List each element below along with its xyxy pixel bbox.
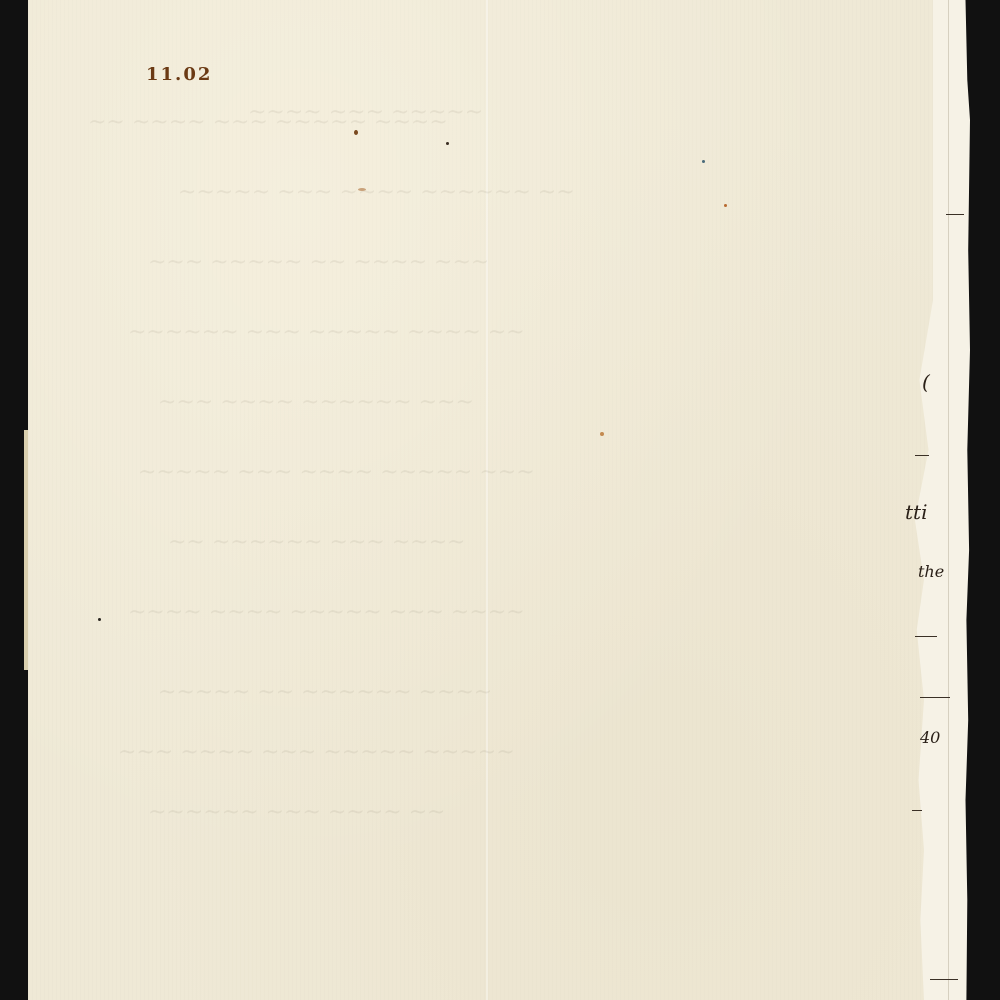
ink-speck [600,432,604,436]
marginal-inscription: 11.02 [146,64,212,85]
ink-speck [358,188,366,191]
underlying-text-fragment: the [918,562,944,581]
ink-speck [354,130,358,135]
underlying-text-fragment: ( [922,370,930,394]
bleed-through-text: ~~~~ ~~~ ~~~~~ [248,100,483,125]
bleed-through-text: ~~~ ~~~~ ~~~ ~~~~~ ~~~~~ [118,740,515,765]
left-paper-edge [24,430,28,670]
ink-speck [446,142,449,145]
manuscript-leaf: ~~ ~~~~ ~~~ ~~~~~ ~~~~ ~~~~ ~~~ ~~~~~ ~~… [28,0,933,1000]
ink-rule [946,214,964,215]
ink-rule [915,636,937,637]
ink-rule [920,697,950,698]
bleed-through-text: ~~~~~ ~~~ ~~~~ ~~~~~~ ~~ [178,180,575,205]
bleed-through-text: ~~~~~~ ~~~ ~~~~ ~~ [148,800,445,825]
ink-rule [930,979,958,980]
underlying-text-fragment: 40 [920,728,940,747]
bleed-through-text: ~~~ ~~~~ ~~~~~~ ~~~ [158,390,474,415]
bleed-through-text: ~~~~~ ~~~ ~~~~ ~~~~~ ~~~ [138,460,535,485]
bleed-through-text: ~~~~~ ~~ ~~~~~~ ~~~~ [158,680,492,705]
bleed-through-text: ~~~ ~~~~~ ~~ ~~~~ ~~~ [148,250,489,275]
manuscript-scan: ~~ ~~~~ ~~~ ~~~~~ ~~~~ ~~~~ ~~~ ~~~~~ ~~… [0,0,1000,1000]
ink-rule [915,455,929,456]
underlying-text-fragment: tti [905,500,927,524]
leaf-edge-line [948,0,949,1000]
ink-speck [702,160,705,163]
ink-speck [98,618,101,621]
ink-speck [724,204,727,207]
bleed-through-text: ~~~~~~ ~~~ ~~~~~ ~~~~ ~~ [128,320,525,345]
bleed-through-text: ~~ ~~~~~~ ~~~ ~~~~ [168,530,465,555]
ink-rule [912,810,922,811]
paper-fold-line [486,0,488,1000]
bleed-through-text: ~~~~ ~~~~ ~~~~~ ~~~ ~~~~ [128,600,525,625]
